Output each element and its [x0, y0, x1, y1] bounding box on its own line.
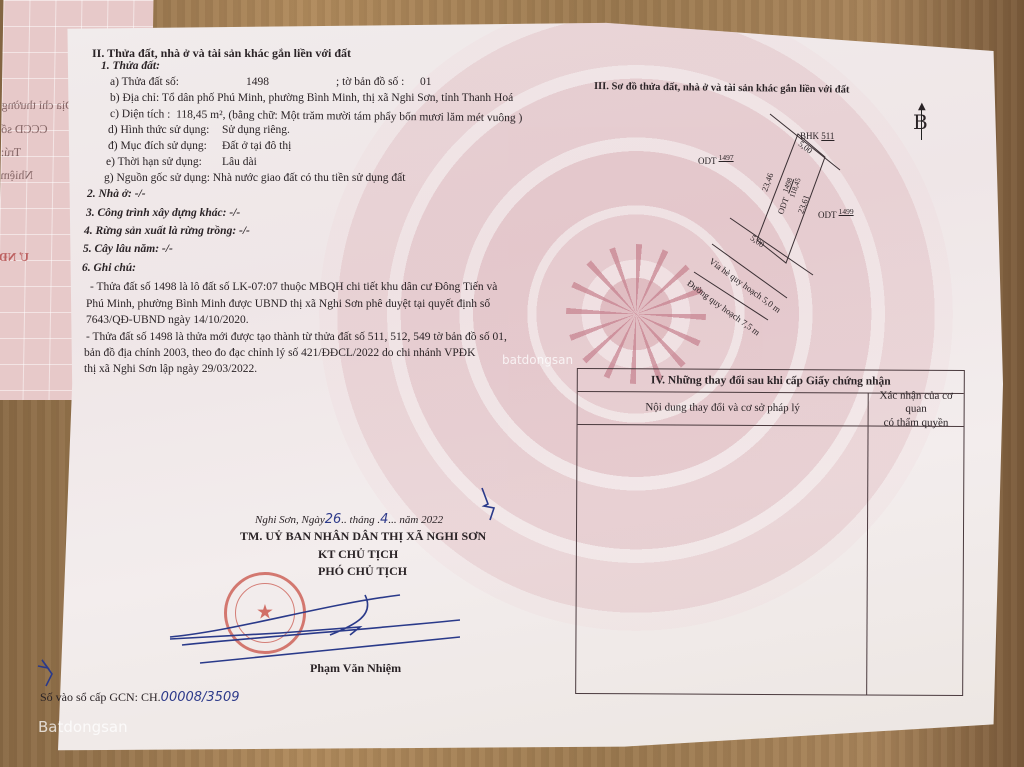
parcel-sketch-map: BHK 511 5,00 ODT 1497 23,46 ODT 1498118,…	[680, 100, 910, 340]
parcel-field-purpose: đ) Mục đích sử dụng:Đất ở tại đô thị	[108, 141, 291, 153]
note-line: Phú Minh, phường Bình Minh được UBND thị…	[86, 299, 490, 311]
item-perennial-trees: 5. Cây lâu năm: -/-	[83, 244, 173, 256]
parcel-field-origin: g) Nguồn gốc sử dụng: Nhà nước giao đất …	[104, 173, 405, 185]
mirrored-text: Nhiệm	[0, 168, 33, 183]
changes-column-confirmation: Xác nhận của cơ quancó thẩm quyền	[867, 394, 964, 695]
parcel-field-usage-form: d) Hình thức sử dụng:Sử dụng riêng.	[108, 125, 290, 137]
parcel-field-duration: e) Thời hạn sử dụng:Lâu dài	[106, 157, 257, 169]
mirrored-text: Trú:	[1, 145, 22, 160]
neighbor-odt-1497: ODT 1497	[698, 154, 734, 166]
column-header-content: Nội dung thay đổi và cơ sở pháp lý	[578, 392, 868, 427]
signer-name: Phạm Văn Nhiệm	[310, 662, 401, 674]
neighbor-odt-1499: ODT 1499	[818, 208, 854, 220]
note-line: 7643/QĐ-UBND ngày 14/10/2020.	[86, 315, 249, 327]
mirrored-text: CCCD số	[1, 122, 48, 137]
note-line: - Thửa đất số 1498 là thửa mới được tạo …	[86, 332, 507, 344]
note-line: thị xã Nghi Sơn lập ngày 29/03/2022.	[84, 364, 257, 376]
changes-column-content: Nội dung thay đổi và cơ sở pháp lý	[576, 392, 869, 695]
parcel-heading: 1. Thửa đất:	[101, 61, 160, 73]
changes-table: IV. Những thay đổi sau khi cấp Giấy chứn…	[575, 368, 965, 696]
mirrored-text: Ư NĐ	[0, 250, 29, 265]
initial-mark	[478, 486, 500, 522]
note-line: - Thửa đất số 1498 là lô đất số LK-07:07…	[90, 282, 497, 294]
signing-authority: TM. UỶ BAN NHÂN DÂN THỊ XÃ NGHI SƠN	[240, 530, 486, 542]
parcel-field-number: a) Thửa đất số:1498; tờ bản đồ số :01	[110, 77, 432, 89]
parcel-field-address: b) Địa chỉ: Tổ dân phố Phú Minh, phường …	[110, 93, 513, 105]
initial-mark	[34, 656, 60, 688]
handwritten-signature	[160, 575, 460, 665]
item-planted-forest: 4. Rừng sản xuất là rừng trồng: -/-	[84, 226, 250, 238]
place-date: Nghi Sơn, Ngày26.. tháng .4... năm 2022	[255, 513, 443, 526]
mirrored-text: Địa chỉ thường	[2, 98, 74, 113]
section2-title: II. Thửa đất, nhà ở và tài sản khác gắn …	[92, 47, 351, 59]
item-other-construction: 3. Công trình xây dựng khác: -/-	[86, 208, 240, 220]
column-header-confirmation: Xác nhận của cơ quancó thẩm quyền	[869, 394, 964, 427]
watermark-batdongsan: batdongsan	[502, 353, 573, 367]
item-house: 2. Nhà ở: -/-	[87, 189, 146, 201]
signer-role-1: KT CHỦ TỊCH	[318, 548, 398, 560]
item-notes: 6. Ghi chú:	[82, 263, 136, 275]
registry-number: Số vào sổ cấp GCN: CH.00008/3509	[40, 691, 240, 704]
watermark-batdongsan: Batdongsan	[38, 718, 128, 736]
note-line: bản đồ địa chính 2003, theo đo đạc chỉnh…	[84, 348, 475, 360]
north-arrow-icon: ▲ B	[913, 112, 928, 132]
